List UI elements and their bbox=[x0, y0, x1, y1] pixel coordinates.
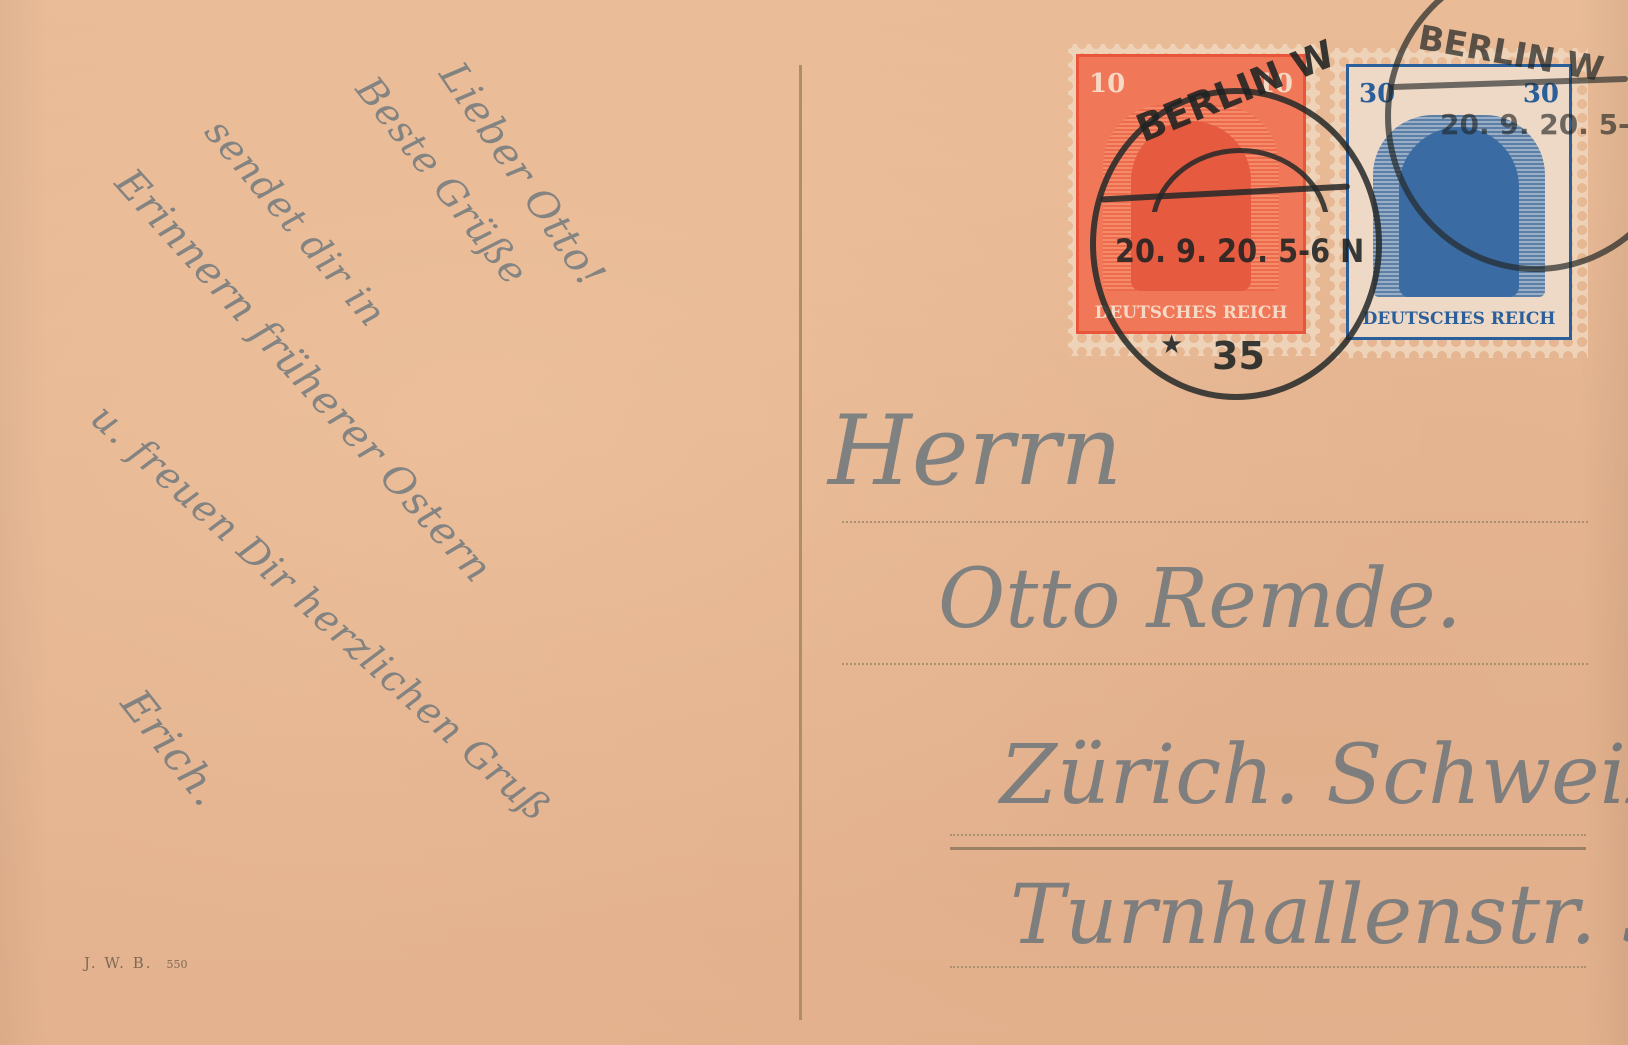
postmark-date: 20. 9. 20. 5-6 N bbox=[1440, 108, 1628, 141]
postmark-office: 35 bbox=[1212, 334, 1265, 378]
printer-initials: J. W. B. bbox=[84, 954, 153, 972]
address-city: Zürich. Schweiz bbox=[1000, 728, 1628, 823]
stamp-value: 10 bbox=[1089, 69, 1125, 99]
divider-line bbox=[799, 65, 802, 1020]
address-street: Turnhallenstr. 31 bbox=[1010, 868, 1628, 963]
printer-number: 550 bbox=[167, 958, 188, 971]
stamp-country: DEUTSCHES REICH bbox=[1349, 309, 1569, 329]
address-line bbox=[842, 521, 1588, 523]
address-underline bbox=[950, 847, 1586, 850]
postmark-star: ★ bbox=[1160, 330, 1183, 360]
message-line: Erich. bbox=[111, 680, 232, 816]
address-line bbox=[950, 834, 1586, 836]
printer-mark: J. W. B.550 bbox=[84, 954, 188, 972]
address-name: Otto Remde. bbox=[938, 552, 1462, 647]
address-line bbox=[842, 663, 1588, 665]
postcard: Lieber Otto! Beste Grüße sendet dir in E… bbox=[0, 0, 1628, 1045]
address-salutation: Herrn bbox=[828, 395, 1122, 507]
postmark-date: 20. 9. 20. 5-6 N bbox=[1115, 232, 1364, 270]
address-line bbox=[950, 966, 1586, 968]
